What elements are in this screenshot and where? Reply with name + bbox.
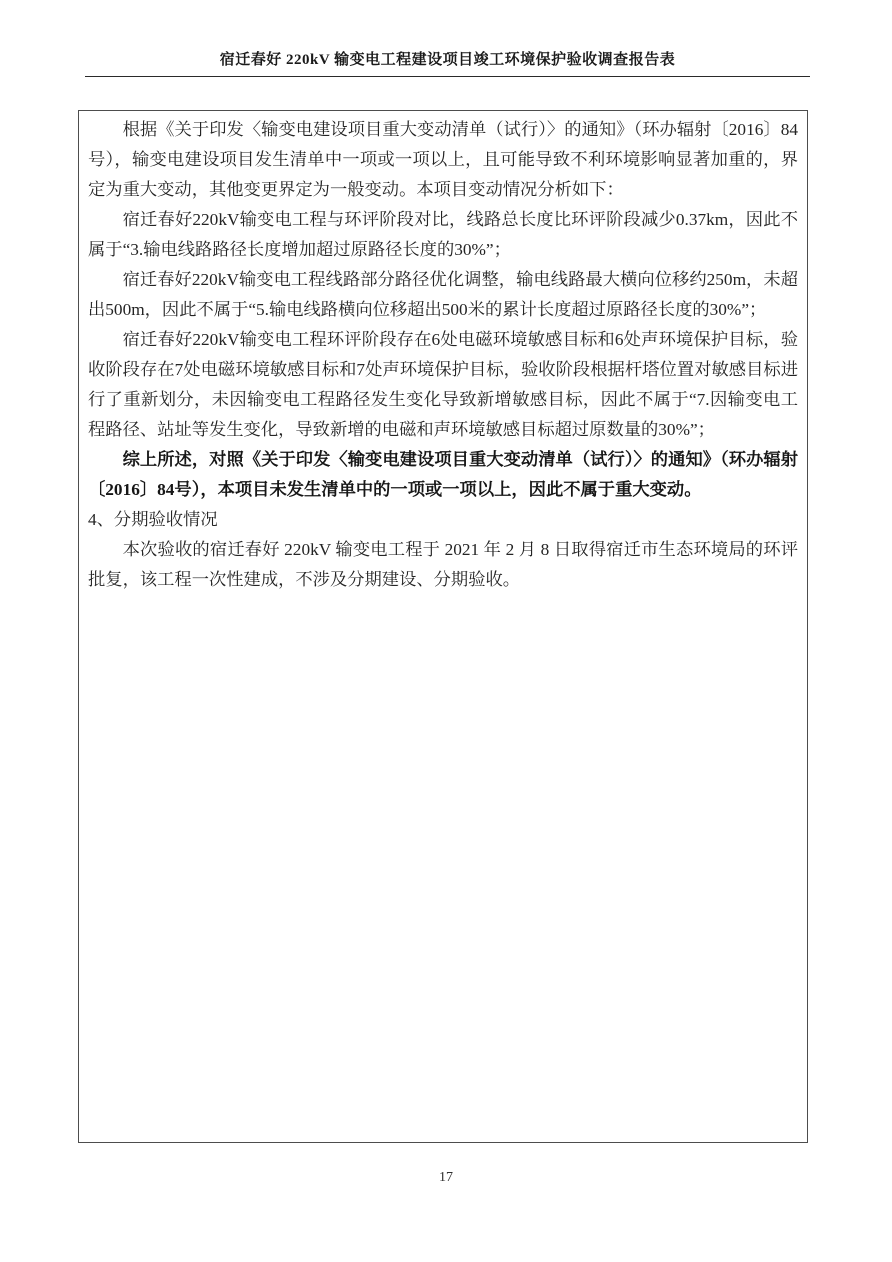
paragraph-lateral-shift-analysis: 宿迁春好220kV输变电工程线路部分路径优化调整，输电线路最大横向位移约250m…: [88, 265, 798, 325]
paragraph-sensitive-targets-analysis: 宿迁春好220kV输变电工程环评阶段存在6处电磁环境敏感目标和6处声环境保护目标…: [88, 325, 798, 445]
paragraph-basis-of-major-change: 根据《关于印发〈输变电建设项目重大变动清单（试行）〉的通知》（环办辐射〔2016…: [88, 115, 798, 205]
section-heading-phased-acceptance: 4、分期验收情况: [88, 505, 798, 535]
document-page: 宿迁春好 220kV 输变电工程建设项目竣工环境保护验收调查报告表 根据《关于印…: [0, 0, 892, 1262]
header-rule: [85, 76, 810, 77]
report-table-cell: 根据《关于印发〈输变电建设项目重大变动清单（试行）〉的通知》（环办辐射〔2016…: [78, 110, 808, 1143]
document-header-title: 宿迁春好 220kV 输变电工程建设项目竣工环境保护验收调查报告表: [85, 48, 810, 69]
page-number: 17: [0, 1170, 892, 1186]
paragraph-conclusion-bold: 综上所述，对照《关于印发〈输变电建设项目重大变动清单（试行）〉的通知》（环办辐射…: [88, 445, 798, 505]
paragraph-phased-acceptance-detail: 本次验收的宿迁春好 220kV 输变电工程于 2021 年 2 月 8 日取得宿…: [88, 535, 798, 595]
paragraph-line-length-analysis: 宿迁春好220kV输变电工程与环评阶段对比，线路总长度比环评阶段减少0.37km…: [88, 205, 798, 265]
